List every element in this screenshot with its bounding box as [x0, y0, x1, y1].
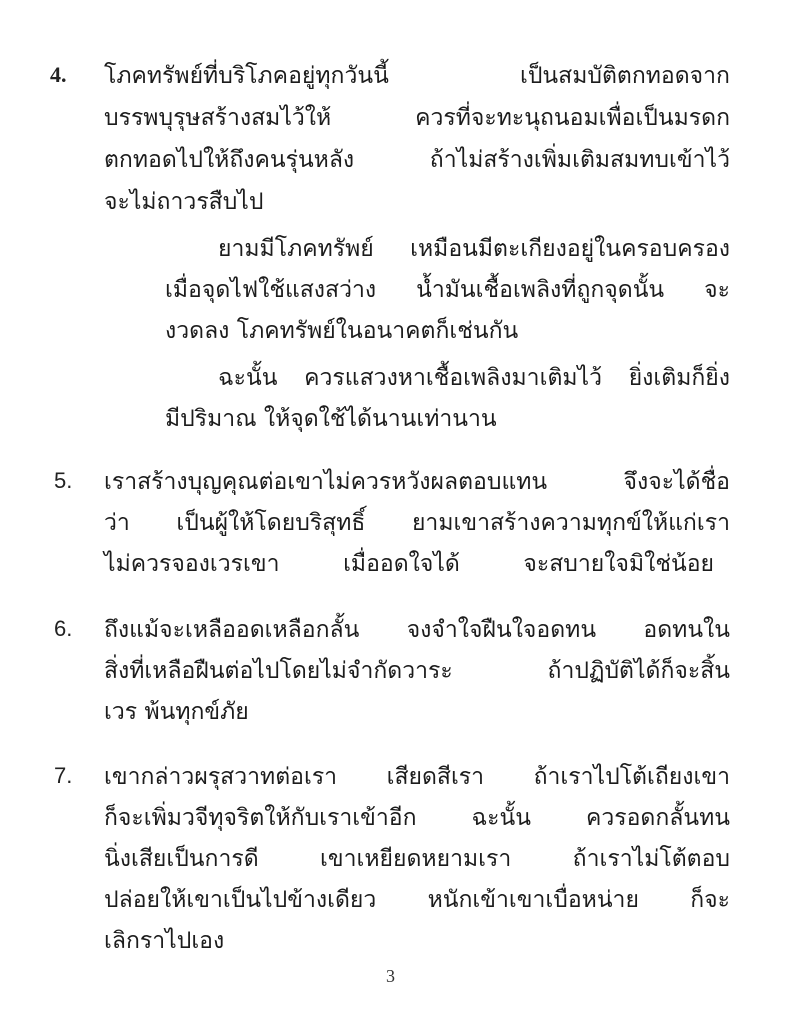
document-page: 4. โภคทรัพย์ที่บริโภคอยู่ทุกวันนี้ เป็นส… [0, 0, 791, 1024]
paragraph-line: เลิกราไปเอง [104, 923, 224, 959]
paragraph-line: ไม่ควรจองเวรเขา เมื่ออดใจได้ จะสบายใจมิใ… [104, 546, 714, 582]
paragraph-line: ว่า เป็นผู้ให้โดยบริสุทธิ์ ยามเขาสร้างคว… [104, 505, 730, 541]
paragraph-line: เวร พ้นทุกข์ภัย [104, 694, 249, 730]
paragraph-line: โภคทรัพย์ที่บริโภคอยู่ทุกวันนี้ เป็นสมบั… [104, 58, 730, 94]
paragraph-line: จะไม่ถาวรสืบไป [104, 184, 263, 220]
paragraph-line: ยามมีโภคทรัพย์ เหมือนมีตะเกียงอยู่ในครอบ… [218, 231, 730, 267]
item-number: 4. [50, 62, 67, 88]
item-number: 7. [54, 763, 72, 789]
paragraph-line: บรรพบุรุษสร้างสมไว้ให้ ควรที่จะทะนุถนอมเ… [104, 100, 730, 136]
paragraph-line: ตกทอดไปให้ถึงคนรุ่นหลัง ถ้าไม่สร้างเพิ่ม… [104, 142, 730, 178]
item-number: 5. [54, 468, 72, 494]
paragraph-line: เขากล่าวผรุสวาทต่อเรา เสียดสีเรา ถ้าเราไ… [104, 759, 730, 795]
item-number: 6. [54, 616, 72, 642]
paragraph-line: ปล่อยให้เขาเป็นไปข้างเดียว หนักเข้าเขาเบ… [104, 882, 730, 918]
paragraph-line: นิ่งเสียเป็นการดี เขาเหยียดหยามเรา ถ้าเร… [104, 841, 730, 877]
paragraph-line: เราสร้างบุญคุณต่อเขาไม่ควรหวังผลตอบแทน จ… [104, 464, 730, 500]
paragraph-line: มีปริมาณ ให้จุดใช้ได้นานเท่านาน [165, 401, 497, 437]
paragraph-line: เมื่อจุดไฟใช้แสงสว่าง น้ำมันเชื้อเพลิงที… [165, 272, 730, 308]
paragraph-line: งวดลง โภคทรัพย์ในอนาคตก็เช่นกัน [165, 313, 518, 349]
page-number: 3 [386, 966, 395, 987]
paragraph-line: ถึงแม้จะเหลืออดเหลือกลั้น จงจำใจฝืนใจอดท… [104, 612, 730, 648]
paragraph-line: ก็จะเพิ่มวจีทุจริตให้กับเราเข้าอีก ฉะนั้… [104, 800, 730, 836]
paragraph-line: ฉะนั้น ควรแสวงหาเชื้อเพลิงมาเติมไว้ ยิ่ง… [218, 360, 730, 396]
paragraph-line: สิ่งที่เหลือฝืนต่อไปโดยไม่จำกัดวาระ ถ้าป… [104, 653, 730, 689]
